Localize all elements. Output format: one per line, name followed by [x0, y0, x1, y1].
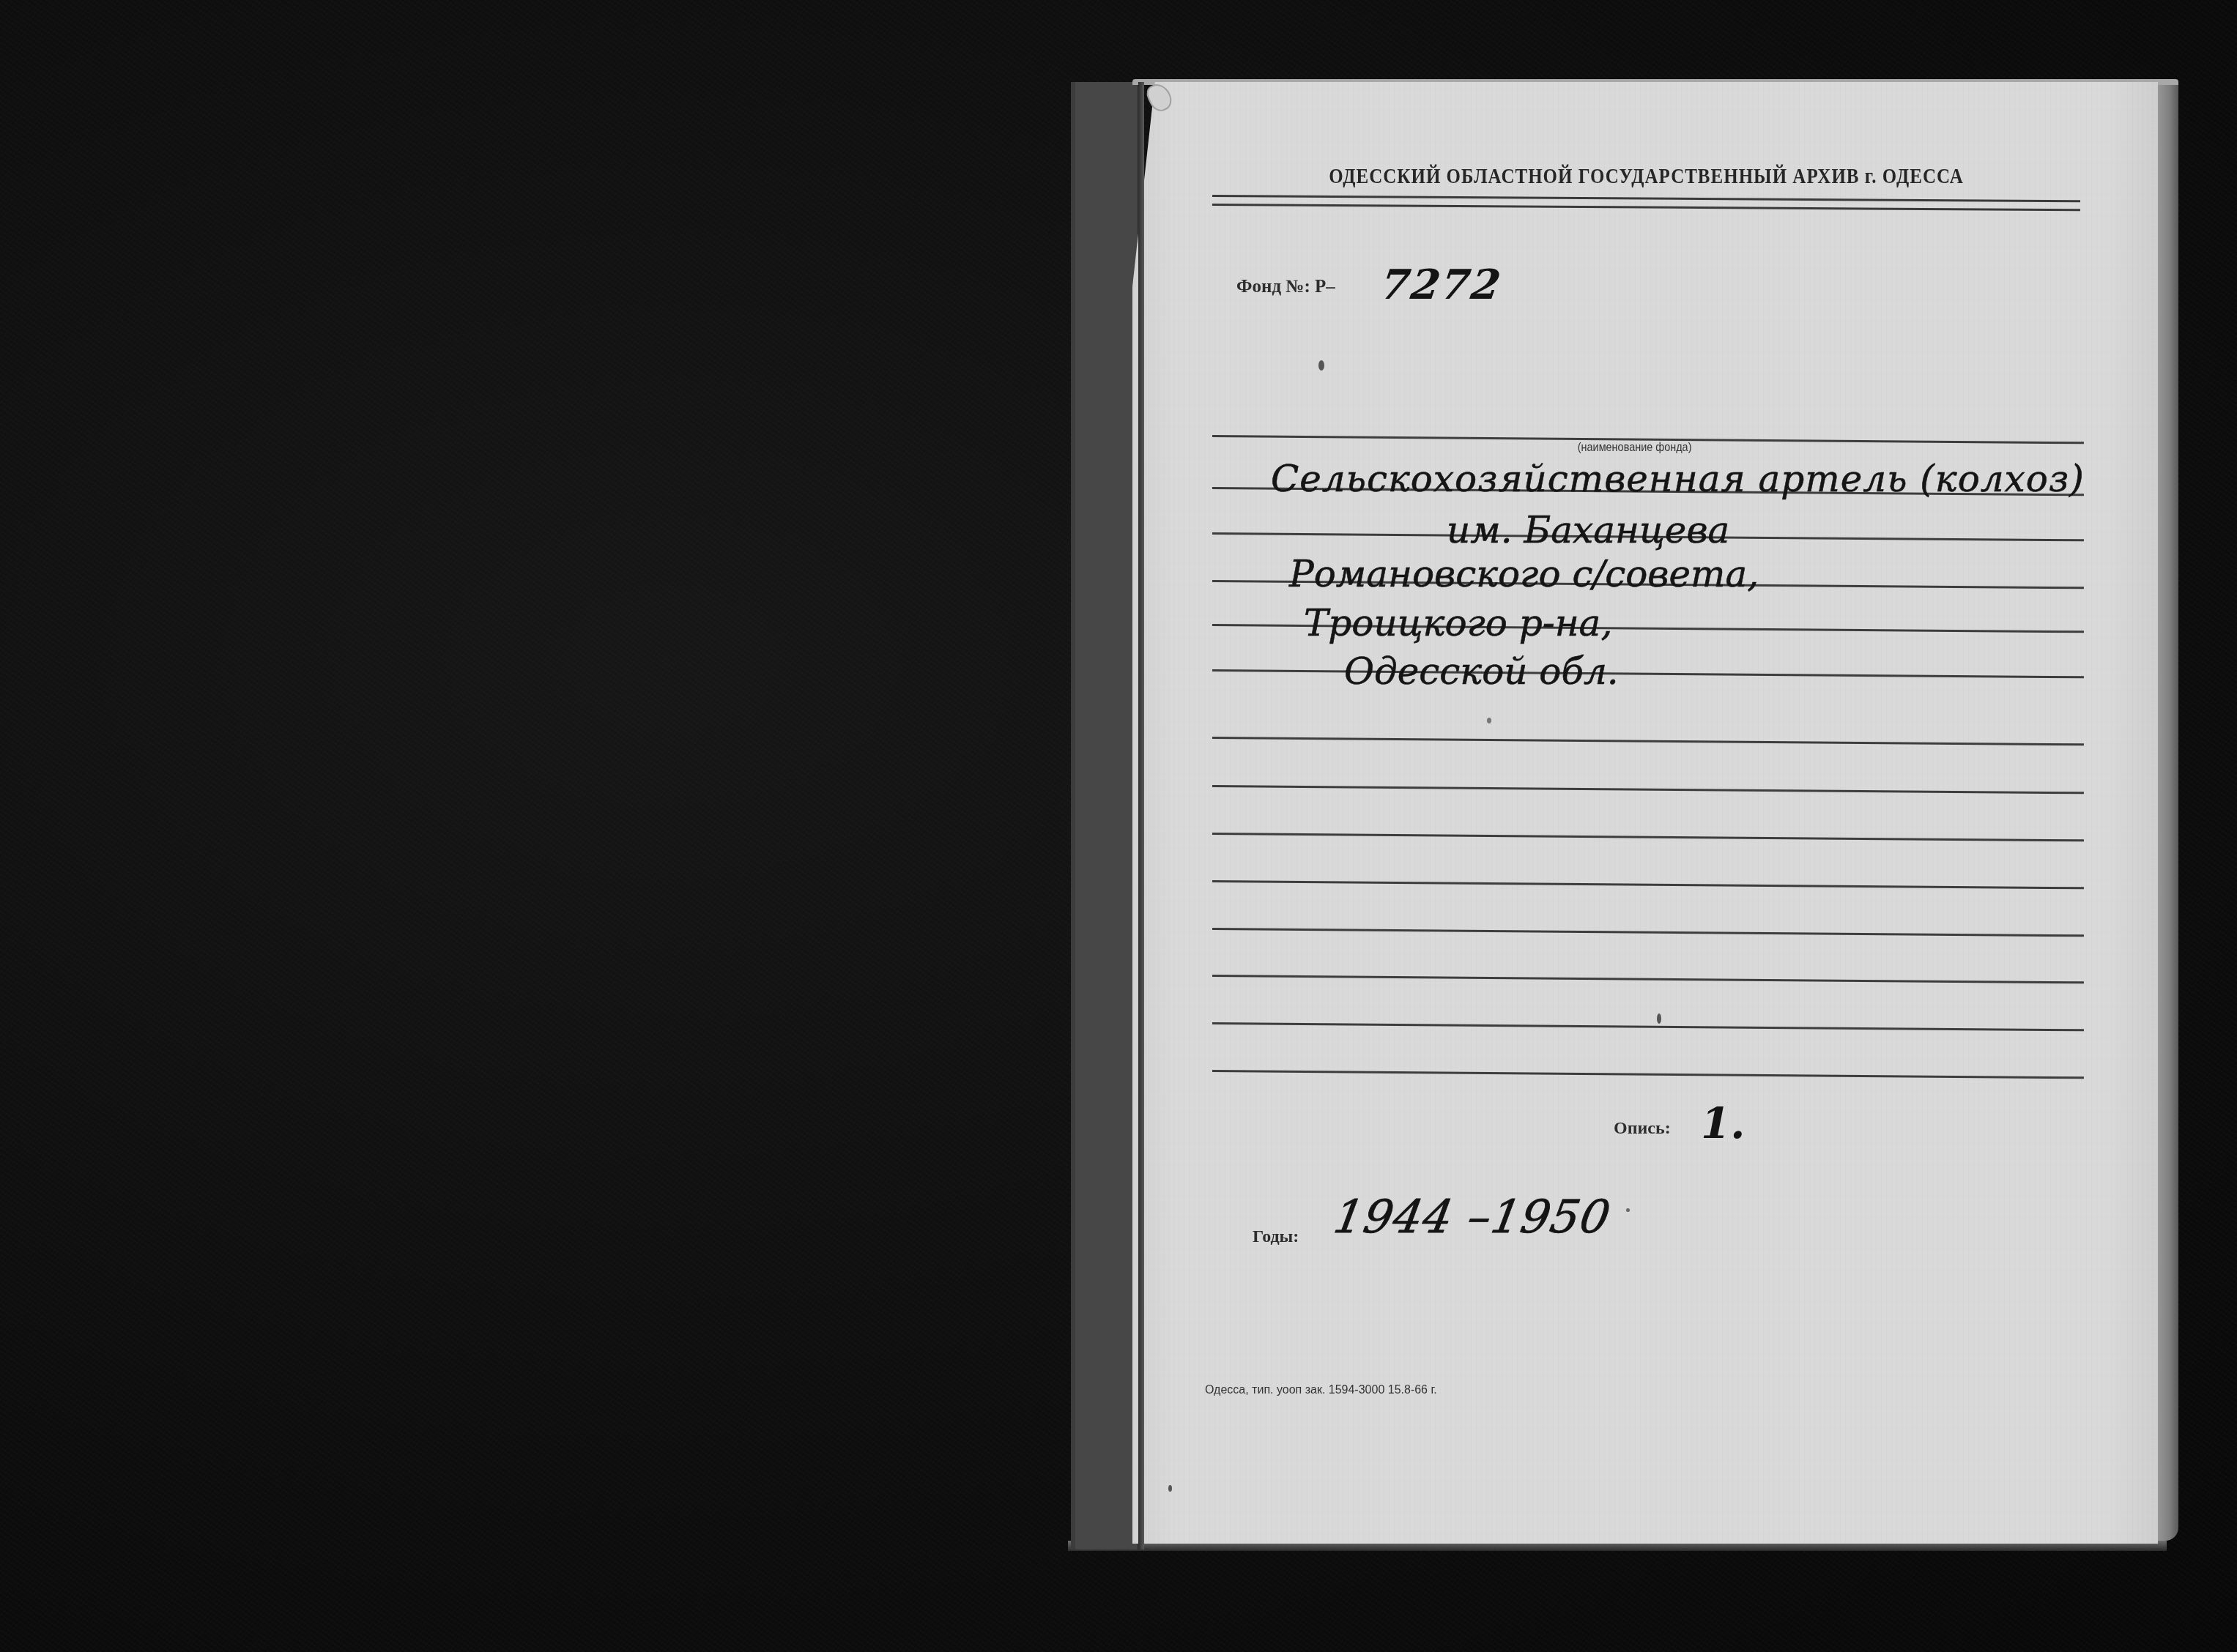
years-label: Годы: — [1253, 1227, 1299, 1247]
years-range-handwritten: 1944 –1950 — [1330, 1190, 1615, 1243]
scan-background: { "document": { "type": "archival-file-c… — [0, 0, 2237, 1652]
fond-name-caption: (наименование фонда) — [1578, 440, 1692, 455]
archive-folder — [1068, 79, 2183, 1552]
ink-smudge — [1626, 1208, 1630, 1212]
ink-smudge — [1657, 1013, 1661, 1024]
folder-binding-spine — [1071, 82, 1138, 1549]
ink-smudge — [1168, 1485, 1172, 1492]
fond-name-line: Одесской обл. — [1344, 650, 1619, 693]
fond-name-line: им. Баханцева — [1447, 509, 1729, 551]
fond-number-handwritten: 7272 — [1378, 261, 1505, 309]
binding-edge-shadow — [1138, 82, 1144, 1549]
inventory-label: Опись: — [1614, 1119, 1671, 1139]
archive-header-title: ОДЕССКИЙ ОБЛАСТНОЙ ГОСУДАРСТВЕННЫЙ АРХИВ… — [1212, 165, 2080, 189]
inventory-number-handwritten: 1. — [1701, 1098, 1746, 1148]
paper-texture — [1132, 82, 2158, 1544]
fond-name-line: Троицкого р-на, — [1304, 602, 1612, 644]
fond-name-line: Романовского с/совета, — [1289, 553, 1759, 595]
ink-smudge — [1318, 360, 1324, 371]
fond-label: Фонд №: Р– — [1236, 277, 1335, 297]
fond-name-line: Сельскохозяйственная артель (колхоз) — [1271, 458, 2085, 500]
printer-imprint: Одесса, тип. уооп зак. 1594-3000 15.8-66… — [1205, 1384, 1437, 1397]
ink-smudge — [1487, 718, 1491, 723]
cover-paper — [1132, 82, 2158, 1544]
folder-right-edge — [2156, 79, 2178, 1541]
